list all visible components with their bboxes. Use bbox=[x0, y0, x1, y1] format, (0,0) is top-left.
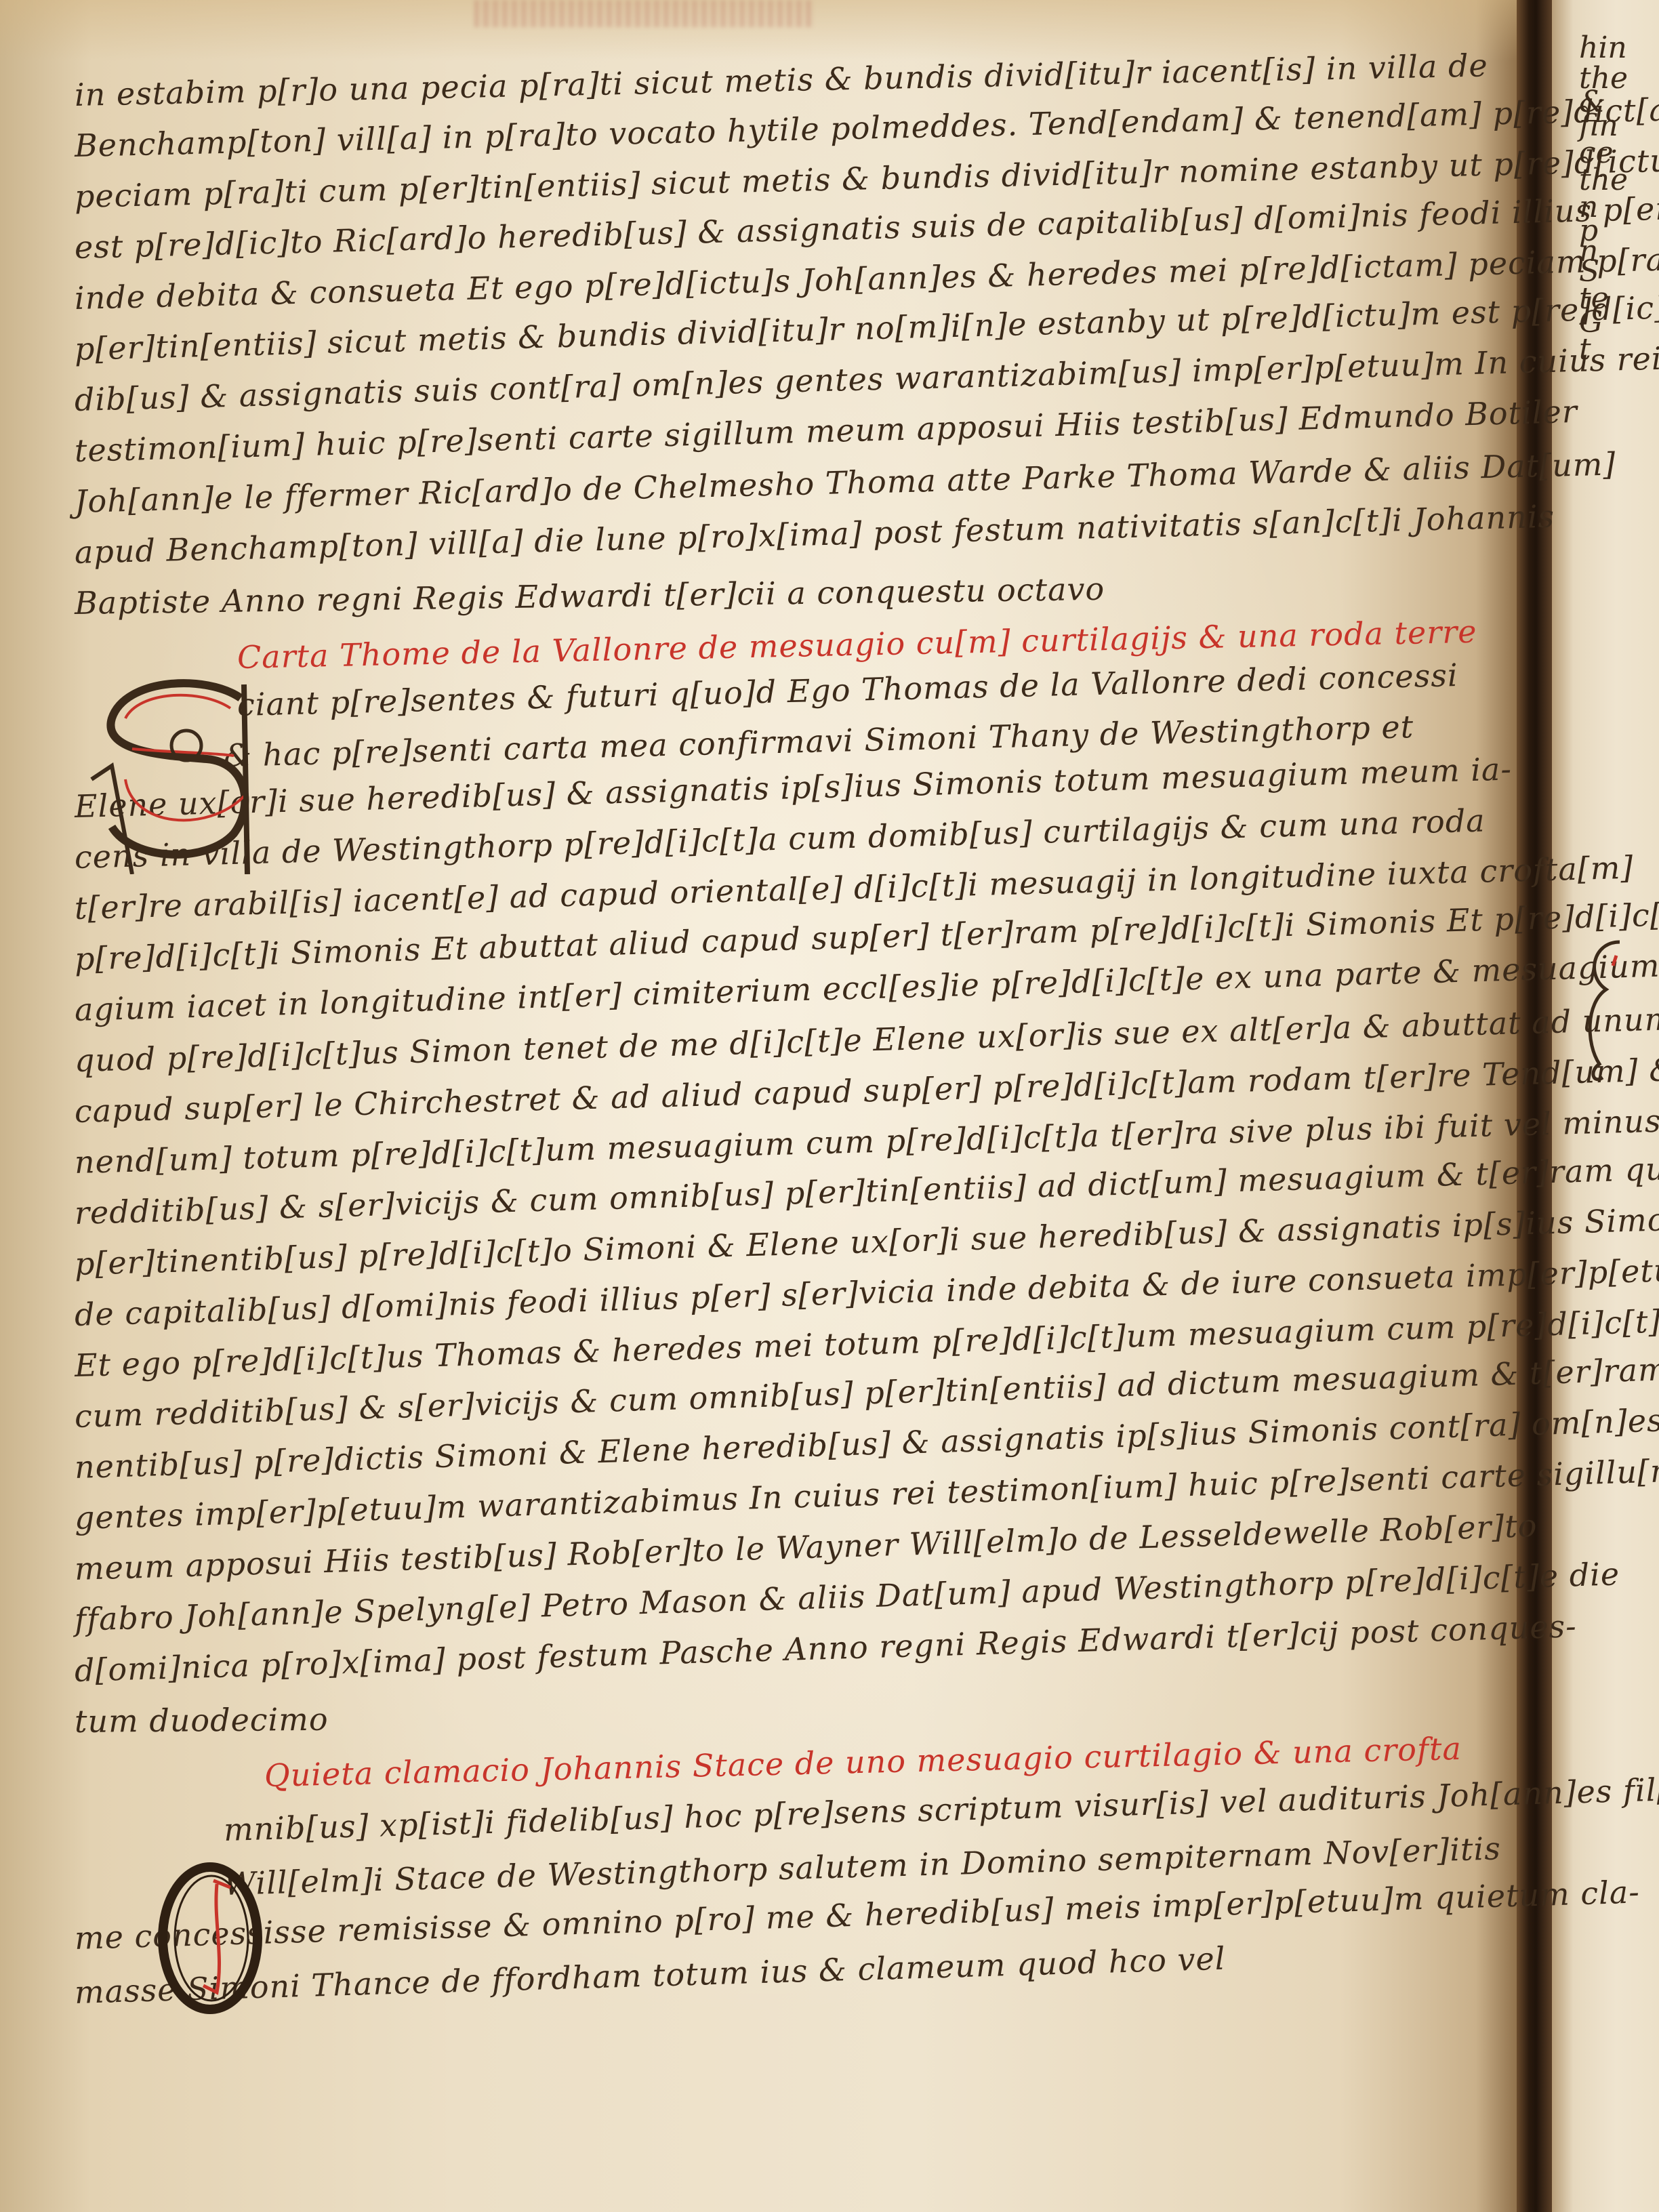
text-line: tum duodecimo bbox=[75, 1699, 329, 1742]
initial-s-icon bbox=[85, 671, 261, 874]
initial-o-icon bbox=[149, 1853, 271, 2023]
decorated-initial-o bbox=[149, 1853, 271, 2023]
right-page-fragment: hin bbox=[1579, 30, 1627, 65]
initial-fragment-icon bbox=[1579, 935, 1626, 1091]
ink-bleed-through bbox=[474, 0, 813, 27]
right-page-fragment: t bbox=[1579, 332, 1591, 367]
decorated-initial-s bbox=[85, 671, 261, 874]
right-page-initial-fragment bbox=[1579, 935, 1626, 1091]
